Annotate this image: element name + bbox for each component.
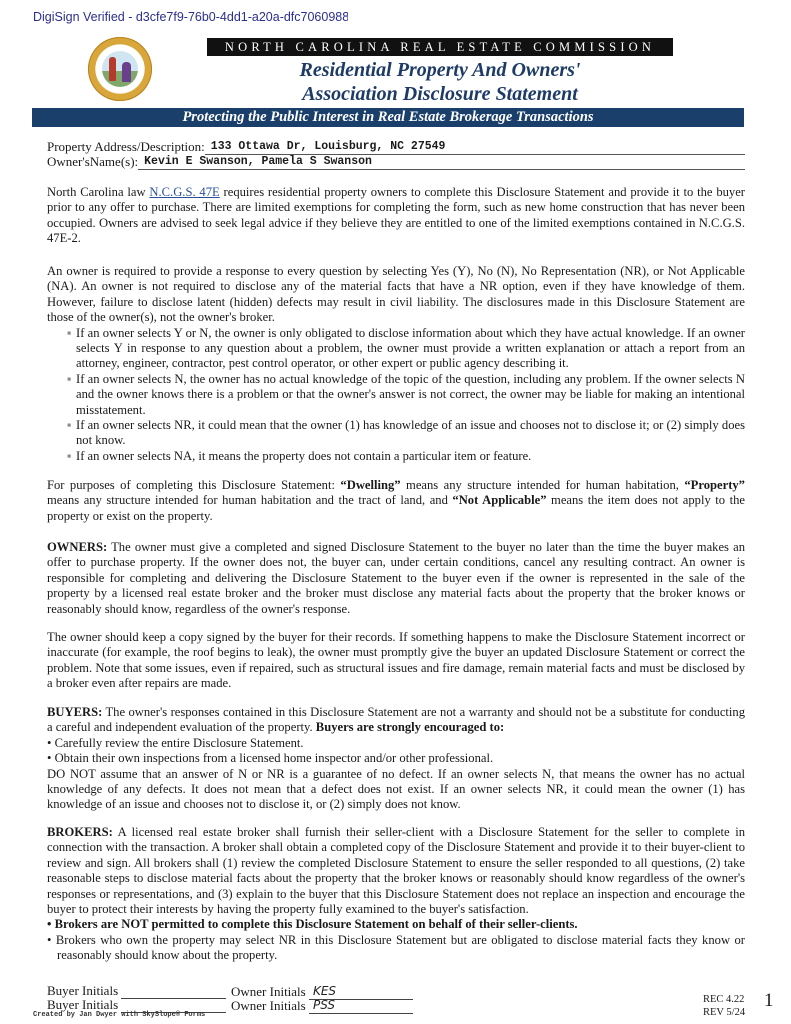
owners-text: The owner must give a completed and sign…	[47, 540, 745, 616]
owner-initials-signature: KES	[309, 984, 336, 998]
owners-name-label: Owner'sName(s):	[47, 154, 138, 170]
owners-name-field[interactable]: Kevin E Swanson, Pamela S Swanson	[138, 155, 745, 170]
owners-section: OWNERS: The owner must give a completed …	[47, 540, 745, 617]
page-number: 1	[764, 990, 774, 1012]
response-bullet: ▪If an owner selects N, the owner has no…	[47, 372, 745, 418]
broker-bullet: • Brokers are NOT permitted to complete …	[47, 917, 745, 932]
tagline-banner: Protecting the Public Interest in Real E…	[32, 108, 744, 127]
buyers-emphasis: Buyers are strongly encouraged to:	[316, 720, 504, 734]
owner-initials-label: Owner Initials	[231, 998, 306, 1013]
buyer-initials-label: Buyer Initials	[47, 983, 118, 998]
response-bullet: ▪If an owner selects NR, it could mean t…	[47, 418, 745, 449]
rec-version: REC 4.22	[703, 993, 745, 1006]
buyers-heading: BUYERS:	[47, 705, 102, 719]
property-address-field[interactable]: 133 Ottawa Dr, Louisburg, NC 27549	[205, 140, 745, 155]
definitions-paragraph: For purposes of completing this Disclosu…	[47, 478, 745, 524]
owner-copy-paragraph: The owner should keep a copy signed by t…	[47, 630, 745, 692]
owners-heading: OWNERS:	[47, 540, 107, 554]
brokers-heading: BROKERS:	[47, 825, 113, 839]
created-by-note: Created by Jan Dwyer with SkySlope® Form…	[33, 1011, 205, 1019]
document-title: Residential Property And Owners' Associa…	[230, 58, 650, 106]
buyers-section: BUYERS: The owner's responses contained …	[47, 705, 745, 813]
ncgs-47e-link[interactable]: N.C.G.S. 47E	[149, 185, 219, 199]
title-line-2: Association Disclosure Statement	[230, 82, 650, 106]
commission-banner: NORTH CAROLINA REAL ESTATE COMMISSION	[207, 38, 673, 56]
property-address-row: Property Address/Description: 133 Ottawa…	[47, 139, 745, 155]
intro-paragraph: North Carolina law N.C.G.S. 47E requires…	[47, 185, 745, 247]
owners-name-row: Owner'sName(s): Kevin E Swanson, Pamela …	[47, 154, 745, 170]
nc-state-seal-icon	[88, 37, 152, 101]
term-dwelling: “Dwelling”	[340, 478, 400, 492]
response-bullet: ▪If an owner selects Y or N, the owner i…	[47, 326, 745, 372]
buyer-initials-label: Buyer Initials	[47, 997, 118, 1012]
response-bullet: ▪If an owner selects NA, it means the pr…	[47, 449, 745, 464]
digisign-verification: DigiSign Verified - d3cfe7f9-76b0-4dd1-a…	[33, 10, 348, 24]
broker-bullet: • Brokers who own the property may selec…	[47, 933, 745, 964]
property-address-label: Property Address/Description:	[47, 139, 205, 155]
responses-paragraph: An owner is required to provide a respon…	[47, 264, 745, 326]
term-not-applicable: “Not Applicable”	[452, 493, 546, 507]
term-property: “Property”	[684, 478, 745, 492]
intro-text: North Carolina law	[47, 185, 149, 199]
buyer-bullet: • Carefully review the entire Disclosure…	[47, 736, 745, 751]
owner-initials-signature: PSS	[309, 998, 335, 1012]
title-line-1: Residential Property And Owners'	[230, 58, 650, 82]
rev-date: REV 5/24	[703, 1006, 745, 1019]
owner-initials-row-2: Owner Initials PSS	[231, 997, 413, 1014]
revision-info: REC 4.22 REV 5/24	[703, 993, 745, 1019]
responses-section: An owner is required to provide a respon…	[47, 264, 745, 464]
owner-initials-field-2[interactable]: PSS	[309, 997, 413, 1014]
brokers-section: BROKERS: A licensed real estate broker s…	[47, 825, 745, 964]
buyer-warning: DO NOT assume that an answer of N or NR …	[47, 767, 745, 813]
buyer-bullet: • Obtain their own inspections from a li…	[47, 751, 745, 766]
